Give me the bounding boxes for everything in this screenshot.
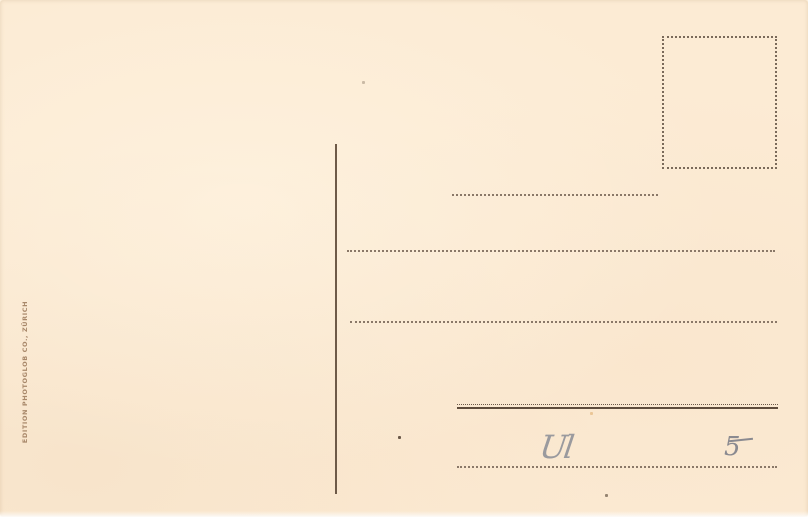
- paper-speck: [590, 412, 593, 415]
- address-line-3: [350, 321, 777, 323]
- paper-speck: [362, 81, 365, 84]
- postcard-back: EDITION PHOTOGLOB CO., ZÜRICH Ul 5: [0, 0, 808, 517]
- paper-speck: [605, 494, 608, 497]
- pencil-note-right: 5: [724, 432, 741, 462]
- paper-speck: [398, 436, 401, 439]
- address-line-1: [452, 194, 658, 196]
- pencil-note-left: Ul: [537, 428, 574, 466]
- message-address-divider: [335, 144, 337, 494]
- address-line-4: [457, 404, 778, 405]
- publisher-imprint: EDITION PHOTOGLOB CO., ZÜRICH: [21, 301, 29, 443]
- address-line-5: [457, 466, 777, 468]
- address-line-2: [347, 250, 775, 252]
- stamp-box: [662, 36, 777, 169]
- address-line-4-underline: [457, 407, 778, 409]
